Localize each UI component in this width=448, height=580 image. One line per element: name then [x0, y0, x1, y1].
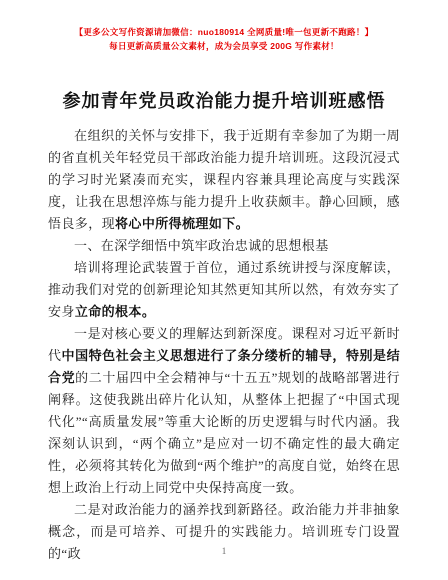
document-body: 在组织的关怀与安排下，我于近期有幸参加了为期一周的省直机关年轻党员干部政治能力提…	[48, 125, 400, 565]
section-heading: 一、在深学细悟中筑牢政治忠诚的思想根基	[48, 235, 400, 257]
bold-text-segment: 将心中所得梳理如下。	[115, 216, 249, 231]
document-title: 参加青年党员政治能力提升培训班感悟	[24, 87, 424, 113]
body-paragraph: 一是对核心要义的理解达到新深度。课程对习近平新时代中国特色社会主义思想进行了条分…	[48, 323, 400, 499]
bold-text-segment: 立命的根本。	[75, 304, 155, 319]
text-segment: 的二十届四中全会精神与“十五五”规划的战略部署进行阐释。这使我跳出碎片化认知，从…	[48, 370, 400, 495]
text-segment: 一、在深学细悟中筑牢政治忠诚的思想根基	[74, 238, 329, 253]
body-paragraph: 在组织的关怀与安排下，我于近期有幸参加了为期一周的省直机关年轻党员干部政治能力提…	[48, 125, 400, 235]
ad-header-line-1: 【更多公文写作资源请加微信：nuo180914 全网质量!唯一包更新不跑路！】	[0, 25, 448, 39]
ad-header-line-2: 每日更新高质量公文素材，成为会员享受 200G 写作素材！	[0, 39, 448, 53]
ad-header: 【更多公文写作资源请加微信：nuo180914 全网质量!唯一包更新不跑路！】 …	[0, 0, 448, 53]
document-page: 【更多公文写作资源请加微信：nuo180914 全网质量!唯一包更新不跑路！】 …	[0, 0, 448, 580]
body-paragraph: 培训将理论武装置于首位，通过系统讲授与深度解读，推动我们对党的创新理论知其然更知…	[48, 257, 400, 323]
page-number: 1	[0, 546, 448, 556]
